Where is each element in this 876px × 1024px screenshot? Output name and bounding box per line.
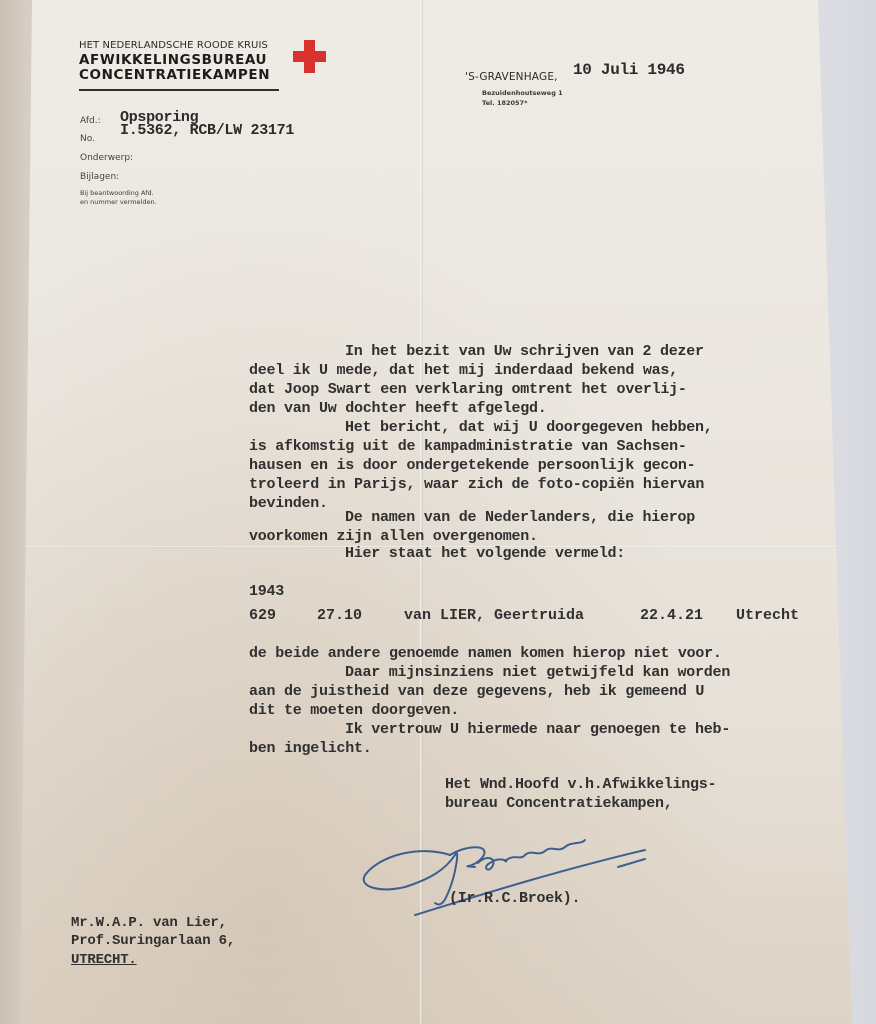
closing-line: de beide andere genoemde namen komen hie… xyxy=(249,645,722,662)
reply-note-line1: Bij beantwoording Afd. xyxy=(80,189,157,198)
body-line: bevinden. xyxy=(249,495,328,512)
recipient-city: UTRECHT. xyxy=(71,952,137,968)
body-line: is afkomstig uit de kampadministratie va… xyxy=(249,438,687,455)
body-line: De namen van de Nederlanders, die hierop xyxy=(345,509,695,526)
body-line: In het bezit van Uw schrijven van 2 deze… xyxy=(345,343,704,360)
reply-note-line2: en nummer vermelden. xyxy=(80,198,157,207)
signatory-title-line2: bureau Concentratiekampen, xyxy=(445,795,673,812)
record-place: Utrecht xyxy=(736,607,799,624)
body-line: den van Uw dochter heeft afgelegd. xyxy=(249,400,547,417)
letterhead-rule xyxy=(79,89,279,91)
bijlagen-label: Bijlagen: xyxy=(80,172,119,182)
closing-line: Daar mijnsinziens niet getwijfeld kan wo… xyxy=(345,664,730,681)
signatory-name: (Ir.R.C.Broek). xyxy=(449,890,580,907)
closing-line: aan de juistheid van deze gegevens, heb … xyxy=(249,683,704,700)
record-number: 629 xyxy=(249,607,276,624)
body-line: voorkomen zijn allen overgenomen. xyxy=(249,528,538,545)
bureau-name-line1: AFWIKKELINGSBUREAU xyxy=(79,53,270,68)
letterhead-city: 'S-GRAVENHAGE, xyxy=(465,71,558,83)
letter-date: 10 Juli 1946 xyxy=(573,61,685,79)
body-line: deel ik U mede, dat het mij inderdaad be… xyxy=(249,362,678,379)
body-line: dat Joop Swart een verklaring omtrent he… xyxy=(249,381,687,398)
recipient-street: Prof.Suringarlaan 6, xyxy=(71,933,235,949)
record-name: van LIER, Geertruida xyxy=(404,607,584,624)
record-date: 27.10 xyxy=(317,607,362,624)
letterhead-street: Bezuidenhoutseweg 1 xyxy=(482,89,563,97)
handwritten-signature xyxy=(360,815,660,925)
bureau-name-line2: CONCENTRATIEKAMPEN xyxy=(79,68,270,83)
no-label: No. xyxy=(80,134,95,144)
record-birth-date: 22.4.21 xyxy=(640,607,703,624)
reply-note: Bij beantwoording Afd. en nummer vermeld… xyxy=(80,189,157,207)
body-line: Het bericht, dat wij U doorgegeven hebbe… xyxy=(345,419,713,436)
signatory-title-line1: Het Wnd.Hoofd v.h.Afwikkelings- xyxy=(445,776,716,793)
red-cross-icon xyxy=(293,40,326,73)
body-line: Hier staat het volgende vermeld: xyxy=(345,545,625,562)
closing-line: Ik vertrouw U hiermede naar genoegen te … xyxy=(345,721,730,738)
organization-name: HET NEDERLANDSCHE ROODE KRUIS xyxy=(79,40,268,51)
bureau-name: AFWIKKELINGSBUREAU CONCENTRATIEKAMPEN xyxy=(79,53,270,83)
recipient-name: Mr.W.A.P. van Lier, xyxy=(71,915,227,931)
no-value: I.5362, RCB/LW 23171 xyxy=(120,122,294,139)
record-year: 1943 xyxy=(249,583,284,600)
body-line: hausen en is door ondergetekende persoon… xyxy=(249,457,695,474)
onderwerp-label: Onderwerp: xyxy=(80,153,133,163)
closing-line: dit te moeten doorgeven. xyxy=(249,702,459,719)
afd-label: Afd.: xyxy=(80,116,101,126)
letterhead-phone: Tel. 182057* xyxy=(482,99,527,107)
body-line: troleerd in Parijs, waar zich de foto-co… xyxy=(249,476,704,493)
closing-line: ben ingelicht. xyxy=(249,740,372,757)
